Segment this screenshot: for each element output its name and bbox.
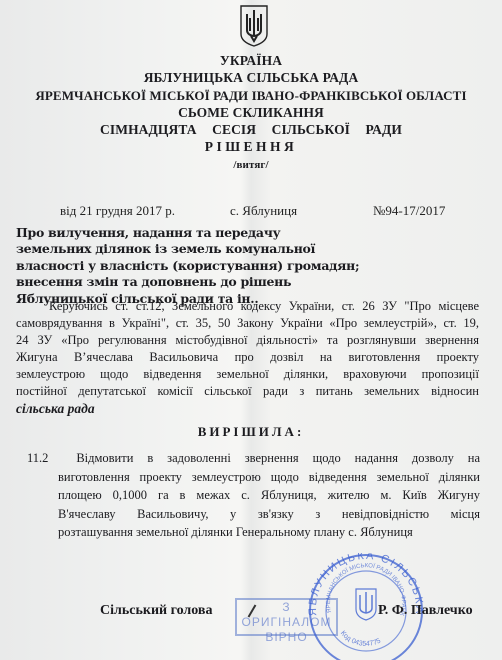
preamble-line: самоврядування в Україні", ст. 35, 50 За… — [16, 315, 479, 332]
preamble-paragraph: Керуючись ст. ст.12, Земельного кодексу … — [16, 298, 479, 417]
item-line: розташування земельної ділянки Генеральн… — [27, 523, 480, 542]
convocation-heading: СЬОМЕ СКЛИКАННЯ — [0, 104, 502, 121]
council-label: сільська рада — [16, 400, 479, 417]
trident-coat-of-arms-icon — [239, 4, 269, 48]
session-heading: СІМНАДЦЯТА СЕСІЯ СІЛЬСЬКОЇ РАДИ — [0, 121, 502, 138]
subject-line: внесення змін та доповнень до рішень — [16, 274, 359, 290]
decision-date: від 21 грудня 2017 р. — [60, 203, 175, 219]
item-line: Відмовити в задоволенні звернення щодо н… — [76, 451, 480, 465]
country-heading: УКРАЇНА — [0, 52, 502, 69]
preamble-line: Керуючись ст. ст.12, Земельного кодексу … — [16, 298, 479, 315]
preamble-line: 24 ЗУ «Про регулювання містобудівної дія… — [16, 332, 479, 349]
decision-number: №94-17/2017 — [373, 203, 445, 219]
signatory-name: Р. Ф. Павлечко — [378, 603, 473, 619]
decision-place: с. Яблуниця — [230, 203, 297, 219]
decision-item: 11.2 Відмовити в задоволенні звернення щ… — [27, 449, 480, 542]
preamble-line: землеустрою щодо відведення земельної ді… — [16, 366, 479, 383]
signature-title: Сільський голова — [100, 603, 212, 619]
parent-council-heading: ЯРЕМЧАНСЬКОЇ МІСЬКОЇ РАДИ ІВАНО-ФРАНКІВС… — [0, 87, 502, 104]
subject-line: земельних ділянок із земель комунальної — [16, 241, 359, 257]
item-line: В'ячеславу Васильовичу, у зв'язку з неві… — [27, 505, 480, 524]
decision-subject: Про вилучення, надання та передачу земел… — [16, 225, 359, 307]
council-heading: ЯБЛУНИЦЬКА СІЛЬСЬКА РАДА — [0, 69, 502, 86]
item-line: площею 0,1000 га в межах с. Яблуниця, жи… — [27, 486, 480, 505]
subject-line: Про вилучення, надання та передачу — [16, 225, 359, 241]
decided-heading: ВИРІШИЛА: — [0, 424, 502, 440]
item-line: виготовлення проекту землеустрою щодо ві… — [27, 468, 480, 487]
document-type-heading: РІШЕННЯ — [0, 138, 502, 155]
document-page: УКРАЇНА ЯБЛУНИЦЬКА СІЛЬСЬКА РАДА ЯРЕМЧАН… — [0, 0, 502, 660]
item-number: 11.2 — [27, 451, 48, 465]
subject-line: власності у власність (користування) гро… — [16, 258, 359, 274]
preamble-line: постійної депутатської комісії сільської… — [16, 383, 479, 400]
extract-label: /витяг/ — [0, 157, 502, 174]
preamble-line: Жигуна В’ячеслава Васильовича про дозвіл… — [16, 349, 479, 366]
